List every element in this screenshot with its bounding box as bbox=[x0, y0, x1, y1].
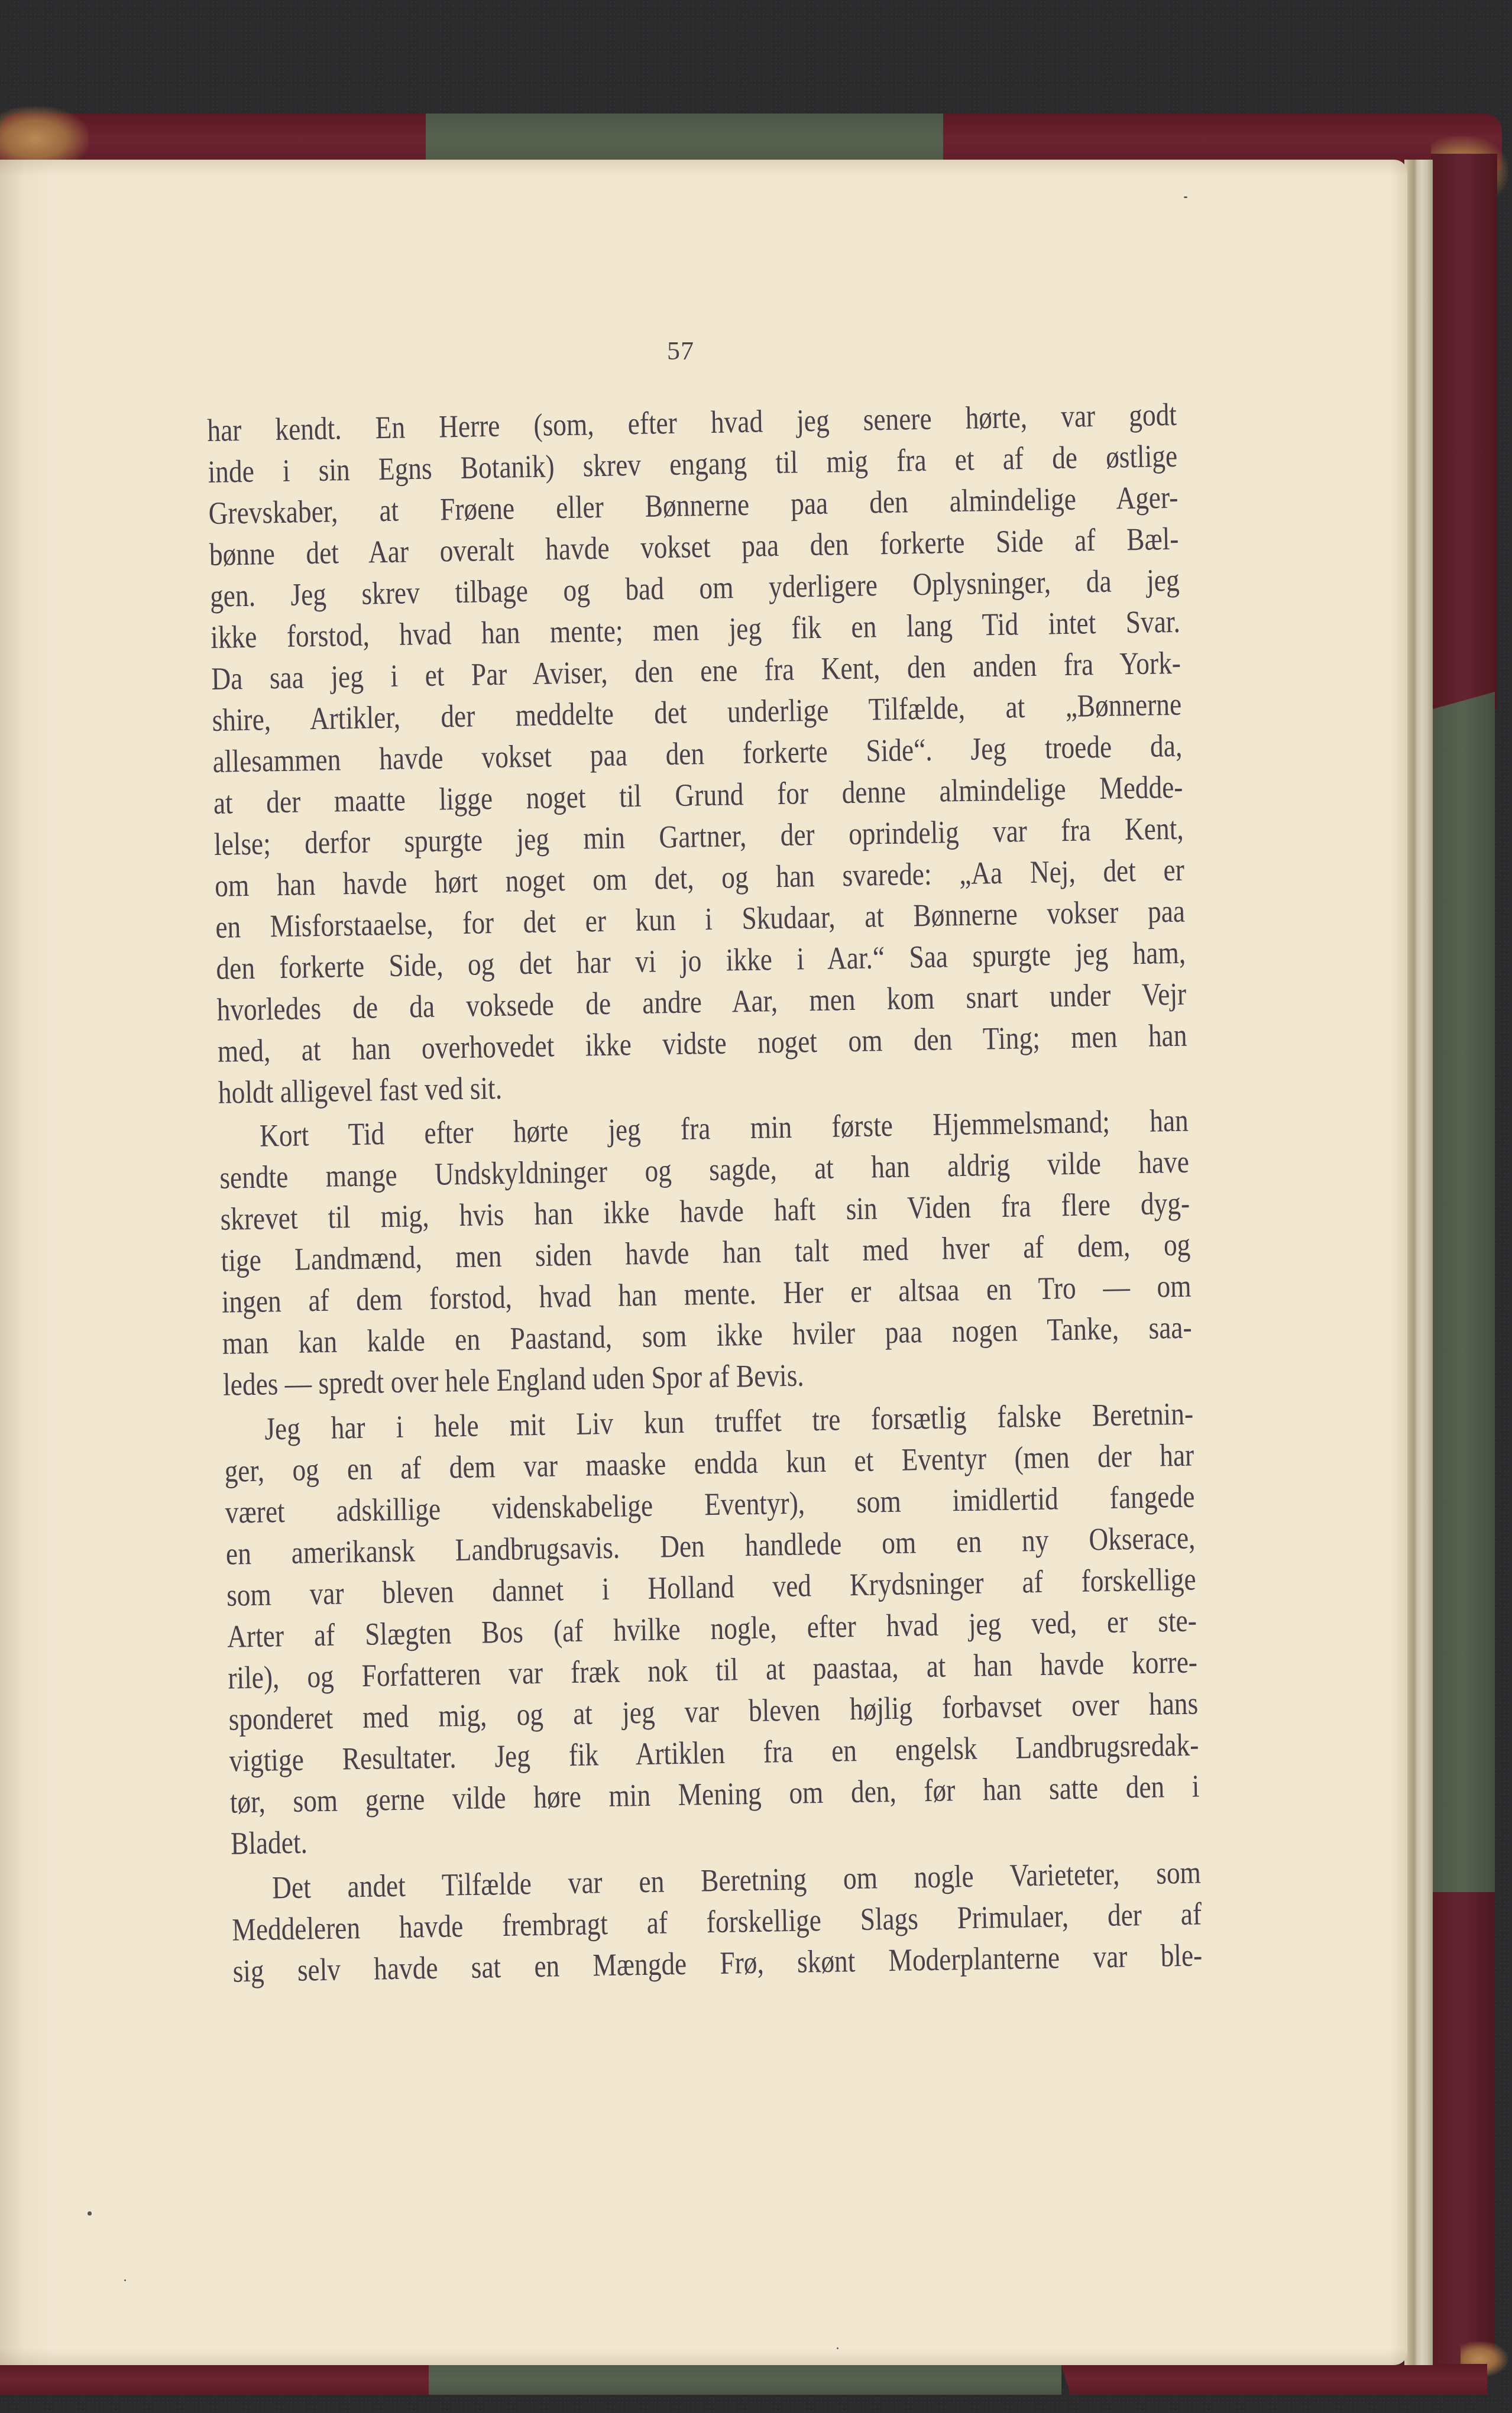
page-edges bbox=[1404, 160, 1433, 2365]
body-text: har kendt. En Herre (som, efter hvad jeg… bbox=[200, 0, 1221, 2413]
cover-right-leather-top bbox=[1431, 154, 1497, 710]
cover-right-leather-bottom bbox=[1425, 1892, 1495, 2374]
paper-speck bbox=[88, 2211, 92, 2216]
paper-speck bbox=[124, 2279, 126, 2281]
cover-right-cloth bbox=[1431, 692, 1495, 1910]
